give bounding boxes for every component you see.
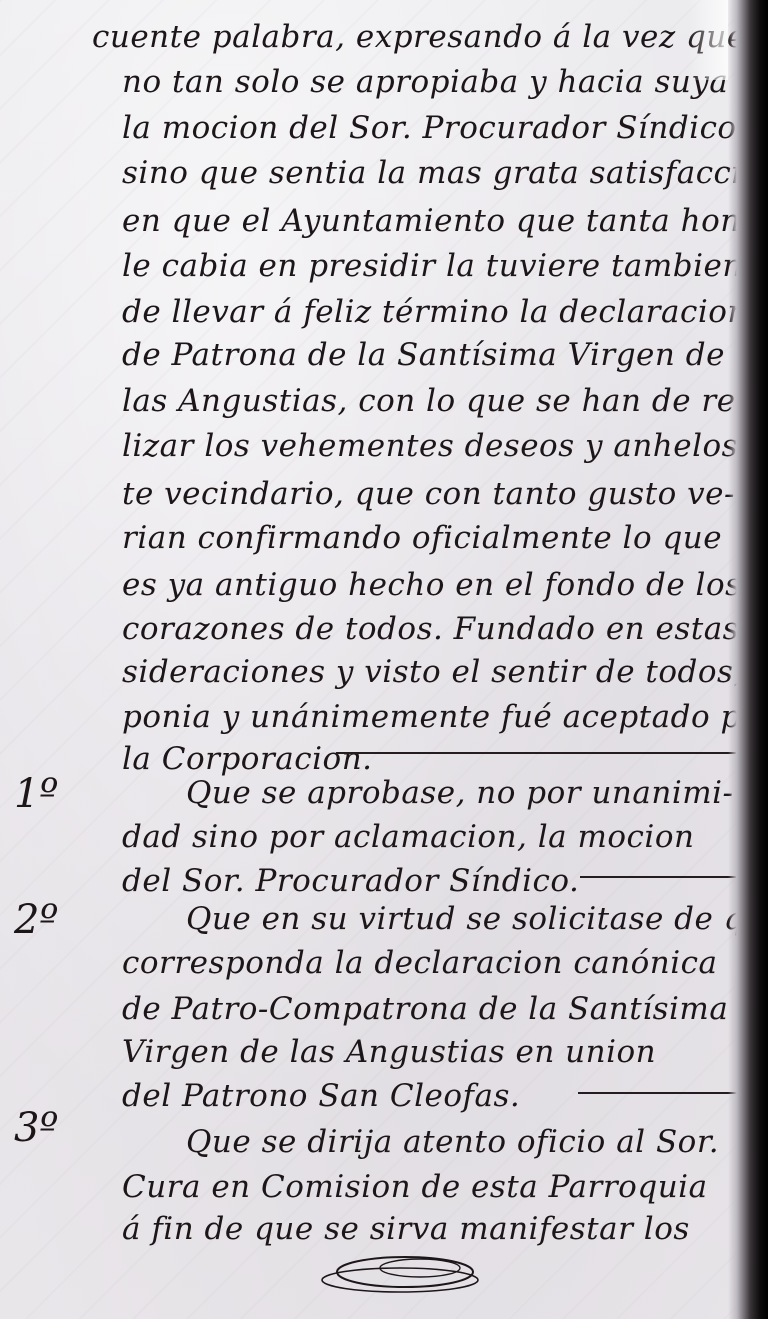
body-line: le cabia en presidir la tuviere tambien [122, 251, 743, 282]
body-line: la Corporacion. [122, 744, 373, 775]
resolution-line: Que en su virtud se solicitase de quien [186, 904, 768, 935]
resolution-line: Que se dirija atento oficio al Sor. [186, 1127, 719, 1158]
body-line: corazones de todos. Fundado en estas con [122, 614, 768, 645]
line-filler-rule [580, 876, 736, 878]
body-line: no tan solo se apropiaba y hacia suya [122, 67, 728, 98]
resolution-number: 1º [14, 774, 58, 814]
body-line: es ya antiguo hecho en el fondo de los [122, 570, 742, 601]
resolution-line: Que se aprobase, no por unanimi- [186, 778, 734, 809]
body-line: rian confirmando oficialmente lo que [122, 523, 722, 554]
body-line: las Angustias, con lo que se han de rea [122, 386, 755, 417]
resolution-line: dad sino por aclamacion, la mocion [122, 822, 694, 853]
page-gutter-highlight [688, 0, 728, 80]
resolution-line: del Sor. Procurador Síndico. [122, 866, 579, 897]
flourish-icon [310, 1250, 490, 1300]
body-line: la mocion del Sor. Procurador Síndico, [122, 113, 747, 144]
body-line: te vecindario, que con tanto gusto ve- [122, 479, 735, 510]
resolution-line: Cura en Comision de esta Parroquia [122, 1172, 708, 1203]
body-line: en que el Ayuntamiento que tanta honra [122, 206, 768, 237]
resolution-line: del Patrono San Cleofas. [122, 1081, 520, 1112]
body-line: sino que sentia la mas grata satisfaccio… [122, 158, 768, 189]
body-line: ponia y unánimemente fué aceptado por [122, 702, 768, 733]
body-line: de Patrona de la Santísima Virgen de [122, 340, 725, 371]
resolution-line: de Patro-Compatrona de la Santísima [122, 994, 728, 1025]
resolution-line: á fin de que se sirva manifestar los [122, 1214, 690, 1245]
body-line: cuente palabra, expresando á la vez que [92, 22, 746, 53]
manuscript-page: cuente palabra, expresando á la vez que … [0, 0, 768, 1319]
resolution-line: Virgen de las Angustias en union [122, 1037, 656, 1068]
book-binding-shadow [728, 0, 768, 1319]
resolution-line: corresponda la declaracion canónica [122, 948, 718, 979]
line-filler-rule [336, 752, 736, 754]
line-filler-rule [578, 1092, 744, 1094]
body-line: lizar los vehementes deseos y anhelos de… [122, 431, 768, 462]
resolution-number: 2º [14, 900, 58, 940]
body-line: de llevar á feliz término la declaracion [122, 297, 748, 328]
resolution-number: 3º [14, 1108, 58, 1148]
body-line: sideraciones y visto el sentir de todos,… [122, 657, 768, 688]
